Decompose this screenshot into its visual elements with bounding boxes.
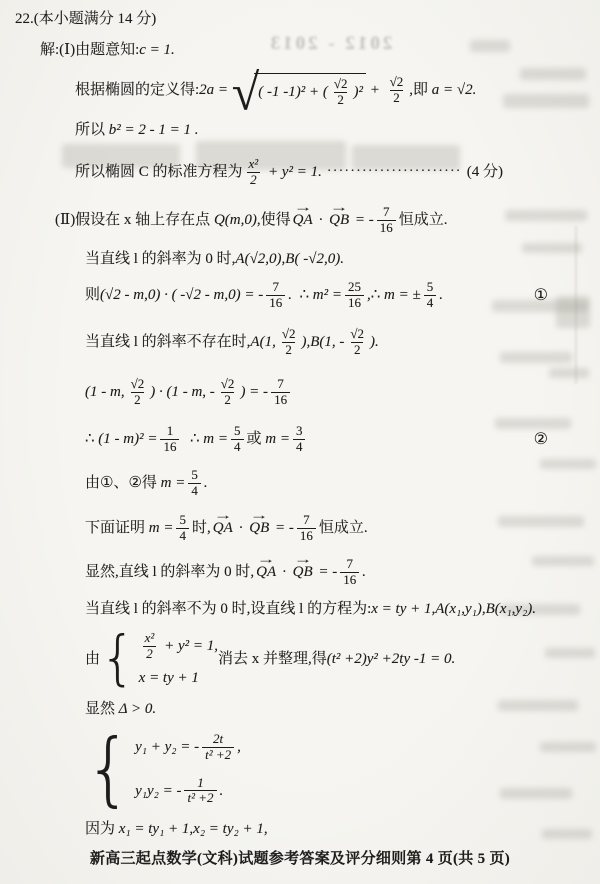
math-run: m = <box>203 430 228 449</box>
solution-line-general-case: 当直线 l 的斜率不为 0 时,设直线 l 的方程为:x = ty + 1,A(… <box>85 600 536 619</box>
fraction: 1t² +2 <box>184 776 216 807</box>
denominator: 2 <box>131 392 144 408</box>
fraction: 116 <box>160 424 179 455</box>
fraction: 716 <box>377 205 396 236</box>
math-run: . <box>362 563 366 582</box>
math-run: x = ty + 1,A(x₁,y₁),B(x₁,y₂). <box>371 600 536 619</box>
vector-qa: QA <box>213 519 233 538</box>
math-run: + <box>366 81 384 100</box>
therefore-symbol: ∴ <box>85 430 98 449</box>
text-run: 当直线 l 的斜率不存在时, <box>85 333 250 352</box>
math-run: . <box>220 782 224 801</box>
vector-qa: QA <box>256 563 276 582</box>
footer-text: 新高三起点数学(文科)试题参考答案及评分细则第 4 页(共 5 页) <box>90 850 510 869</box>
text-run: 显然,直线 l 的斜率为 0 时, <box>85 563 254 582</box>
solution-line-slope-zero: 当直线 l 的斜率为 0 时,A(√2,0),B( -√2,0). <box>85 250 344 269</box>
denominator: 16 <box>345 295 364 311</box>
text-run: (Ⅱ)假设在 x 轴上存在点 <box>55 211 214 230</box>
math-run: ),B(1, - <box>301 333 344 352</box>
math-run: b² = 2 - 1 = 1 . <box>109 121 199 140</box>
bleedthrough-smudge <box>520 68 586 80</box>
solution-line-c-value: 解:(Ⅰ)由题意知:c = 1. <box>40 41 175 60</box>
numerator: √2 <box>218 377 238 392</box>
scanned-answer-page: 2012 - 2013 22.(本小题满分 14 分) 解:(Ⅰ)由题意知:c … <box>0 0 600 884</box>
fraction: 54 <box>231 424 244 455</box>
circled-step-1: ① <box>534 285 548 305</box>
solution-line-discriminant: 显然 Δ > 0. <box>85 700 156 719</box>
solution-line-because: 因为 x₁ = ty₁ + 1,x₂ = ty₂ + 1, <box>85 820 268 839</box>
fraction: 2516 <box>345 280 364 311</box>
math-run: . <box>288 286 299 305</box>
numerator: 5 <box>231 424 244 439</box>
numerator: √2 <box>347 327 367 342</box>
numerator: 5 <box>424 280 437 295</box>
numerator: √2 <box>279 327 299 342</box>
solution-line-ellipse-definition: 根据椭圆的定义得:2a = √( -1 -1)² + (√22)² + √22,… <box>75 64 476 116</box>
denominator: 4 <box>424 295 437 311</box>
numerator: 1 <box>164 424 177 439</box>
denominator: 16 <box>340 572 359 588</box>
fraction: 2tt² +2 <box>202 732 234 763</box>
therefore-symbol: ∴ <box>182 430 203 449</box>
denominator: 16 <box>377 220 396 236</box>
math-run: (t² +2)y² +2ty -1 = 0. <box>327 650 456 669</box>
text-run: 当直线 l 的斜率为 0 时, <box>85 250 235 269</box>
bleedthrough-smudge <box>549 368 589 378</box>
math-run: ( -1 -1)² + ( <box>258 83 328 102</box>
math-run: x₁ = ty₁ + 1,x₂ = ty₂ + 1, <box>119 820 268 839</box>
text-run: 时, <box>192 519 211 538</box>
denominator: 4 <box>231 439 244 455</box>
math-run: . <box>204 474 208 493</box>
therefore-symbol: ∴ <box>299 286 312 305</box>
math-run: m² = <box>313 286 342 305</box>
square-root: √( -1 -1)² + (√22)² <box>232 72 366 108</box>
math-run: c = 1. <box>139 41 175 60</box>
circled-step-2: ② <box>534 429 548 449</box>
text-run: 所以椭圆 C 的标准方程为 <box>75 163 243 182</box>
numerator: 5 <box>176 513 189 528</box>
bleedthrough-smudge <box>556 296 590 328</box>
math-run: ) · (1 - m, - <box>150 383 215 402</box>
math-run: . <box>439 286 443 305</box>
math-run: A(√2,0),B( -√2,0). <box>235 250 344 269</box>
numerator: x² <box>142 631 158 646</box>
page-footer: 新高三起点数学(文科)试题参考答案及评分细则第 4 页(共 5 页) <box>0 850 600 869</box>
solution-line-dot-product: (1 - m,√22) · (1 - m, -√22) = -716 <box>85 370 293 414</box>
fraction: √22 <box>218 377 238 408</box>
fraction: 54 <box>188 468 201 499</box>
bleedthrough-smudge <box>542 829 592 839</box>
math-run: m = <box>161 474 186 493</box>
solution-line-system: 由{x²2 + y² = 1,x = ty + 1消去 x 并整理,得(t² +… <box>85 630 455 688</box>
bleedthrough-smudge <box>545 648 595 658</box>
solution-line-part2-assumption: (Ⅱ)假设在 x 轴上存在点 Q(m,0),使得QA · QB = -716恒成… <box>55 200 448 240</box>
solution-line-b-squared: 所以 b² = 2 - 1 = 1 . <box>75 121 199 140</box>
numerator: 7 <box>269 280 282 295</box>
math-run: , <box>237 738 241 757</box>
fraction: 716 <box>297 513 316 544</box>
math-run: )² <box>354 83 364 102</box>
text-run: 显然 <box>85 700 119 719</box>
text-run: ,即 <box>409 81 432 100</box>
vector-qb: QB <box>293 563 313 582</box>
therefore-symbol: ∴ <box>371 286 384 305</box>
equation-system: {x²2 + y² = 1,x = ty + 1 <box>100 631 218 688</box>
text-run: 因为 <box>85 820 119 839</box>
equation-system: {y₁ + y₂ = -2tt² +2,y₁y₂ = -1t² +2. <box>85 732 241 807</box>
bleedthrough-smudge <box>522 243 582 253</box>
dot-operator: · <box>235 519 248 538</box>
left-brace: { <box>85 735 132 803</box>
math-run: = - <box>315 563 338 582</box>
text-run: 解:(Ⅰ)由题意知: <box>40 41 139 60</box>
math-run: m = ± <box>384 286 421 305</box>
fraction: 716 <box>271 377 290 408</box>
fraction: √22 <box>331 77 351 108</box>
denominator: 4 <box>188 483 201 499</box>
math-run: y₁ + y₂ = - <box>135 738 199 757</box>
left-brace: { <box>100 634 136 684</box>
denominator: 2 <box>390 90 403 106</box>
bleedthrough-smudge <box>500 788 572 799</box>
text-run: 当直线 l 的斜率不为 0 时,设直线 l 的方程为: <box>85 600 371 619</box>
bleedthrough-smudge <box>540 742 596 752</box>
numerator: 2t <box>210 732 226 747</box>
math-run: (1 - m)² = <box>98 430 157 449</box>
text-run: ,使得 <box>257 211 291 230</box>
numerator: √2 <box>128 377 148 392</box>
fraction: 716 <box>266 280 285 311</box>
fraction: √22 <box>128 377 148 408</box>
math-run: m = <box>149 519 174 538</box>
math-run: m = <box>265 430 290 449</box>
fraction: x²2 <box>142 631 158 662</box>
solution-line-standard-equation: 所以椭圆 C 的标准方程为x²2 + y² = 1.··············… <box>75 150 503 194</box>
denominator: 16 <box>297 528 316 544</box>
text-run: 下面证明 <box>85 519 149 538</box>
bleedthrough-smudge <box>498 700 578 711</box>
fraction: √22 <box>387 75 407 106</box>
denominator: t² +2 <box>184 790 216 806</box>
math-run: Δ > 0. <box>119 700 156 719</box>
numerator: 7 <box>380 205 393 220</box>
math-run: x = ty + 1 <box>139 669 199 688</box>
denominator: 2 <box>247 172 260 188</box>
bleedthrough-smudge <box>540 459 596 469</box>
math-run: (√2 - m,0) · ( -√2 - m,0) = - <box>100 286 263 305</box>
dotted-leader: ········································… <box>327 163 462 181</box>
math-run: ) = - <box>240 383 268 402</box>
numerator: 25 <box>345 280 364 295</box>
vector-qb: QB <box>249 519 269 538</box>
fraction: 34 <box>293 424 306 455</box>
numerator: 3 <box>293 424 306 439</box>
numerator: 5 <box>188 468 201 483</box>
math-run: ). <box>370 333 379 352</box>
solution-line-step1: 则(√2 - m,0) · ( -√2 - m,0) = -716. ∴ m² … <box>85 275 548 315</box>
numerator: 1 <box>194 776 207 791</box>
dot-operator: · <box>278 563 291 582</box>
solution-line-vieta: {y₁ + y₂ = -2tt² +2,y₁y₂ = -1t² +2. <box>85 727 241 811</box>
denominator: 4 <box>176 528 189 544</box>
denominator: 16 <box>266 295 285 311</box>
denominator: 16 <box>271 392 290 408</box>
solution-line-slope-undefined: 当直线 l 的斜率不存在时,A(1,√22),B(1, -√22). <box>85 321 379 363</box>
denominator: 2 <box>351 342 364 358</box>
vector-qb: QB <box>329 211 349 230</box>
math-run: y₁y₂ = - <box>135 782 181 801</box>
fraction: x²2 <box>246 157 262 188</box>
solution-line-conclusion-m: 由①、②得 m =54. <box>85 463 208 503</box>
math-run: A(1, <box>250 333 275 352</box>
text-run: 22.(本小题满分 14 分) <box>15 10 156 29</box>
bleedthrough-smudge <box>498 516 584 527</box>
math-run: = - <box>271 519 294 538</box>
numerator: 7 <box>300 513 313 528</box>
bleedthrough-smudge <box>500 352 572 363</box>
text-run: 由①、②得 <box>85 474 161 493</box>
bleedthrough-year-text: 2012 - 2013 <box>225 33 435 55</box>
bleedthrough-smudge <box>505 210 587 221</box>
text-run: 所以 <box>75 121 109 140</box>
fraction: √22 <box>279 327 299 358</box>
fraction: 54 <box>176 513 189 544</box>
text-run: 恒成立. <box>319 519 368 538</box>
fraction: 54 <box>424 280 437 311</box>
numerator: 7 <box>274 377 287 392</box>
denominator: 4 <box>293 439 306 455</box>
bleedthrough-smudge <box>470 40 510 52</box>
denominator: 2 <box>282 342 295 358</box>
denominator: 16 <box>160 439 179 455</box>
text-run: 由 <box>85 650 100 669</box>
numerator: 7 <box>344 557 357 572</box>
text-run: 恒成立. <box>399 211 448 230</box>
text-run: 根据椭圆的定义得: <box>75 81 199 100</box>
denominator: 2 <box>334 92 347 108</box>
numerator: √2 <box>331 77 351 92</box>
fraction: 716 <box>340 557 359 588</box>
denominator: 2 <box>221 392 234 408</box>
denominator: t² +2 <box>202 747 234 763</box>
solution-line-proof-intro: 下面证明 m =54时,QA · QB = -716恒成立. <box>85 508 368 548</box>
denominator: 2 <box>143 646 156 662</box>
problem-number-line: 22.(本小题满分 14 分) <box>15 10 156 29</box>
text-run: 则 <box>85 286 100 305</box>
math-run: + y² = 1, <box>160 637 218 656</box>
numerator: √2 <box>387 75 407 90</box>
bleedthrough-smudge <box>532 556 594 566</box>
numerator: x² <box>246 157 262 172</box>
math-run: a = √2. <box>432 81 477 100</box>
solution-line-step2: ∴ (1 - m)² =116 ∴ m =54或 m =34② <box>85 419 548 459</box>
dot-operator: · <box>315 211 328 230</box>
math-run: 2a = <box>199 81 232 100</box>
radical-sign: √ <box>232 74 259 111</box>
bleedthrough-smudge <box>503 94 589 108</box>
vector-qa: QA <box>293 211 313 230</box>
text-run: 消去 x 并整理,得 <box>218 650 327 669</box>
solution-line-obvious-case: 显然,直线 l 的斜率为 0 时,QA · QB = -716. <box>85 552 366 592</box>
math-run: + y² = 1. <box>264 163 322 182</box>
score-label: (4 分) <box>467 163 503 182</box>
math-run: (1 - m, <box>85 383 125 402</box>
text-run: 或 <box>247 430 266 449</box>
math-run: = - <box>351 211 374 230</box>
bleedthrough-line <box>575 226 577 384</box>
fraction: √22 <box>347 327 367 358</box>
math-run: Q(m,0) <box>214 211 257 230</box>
